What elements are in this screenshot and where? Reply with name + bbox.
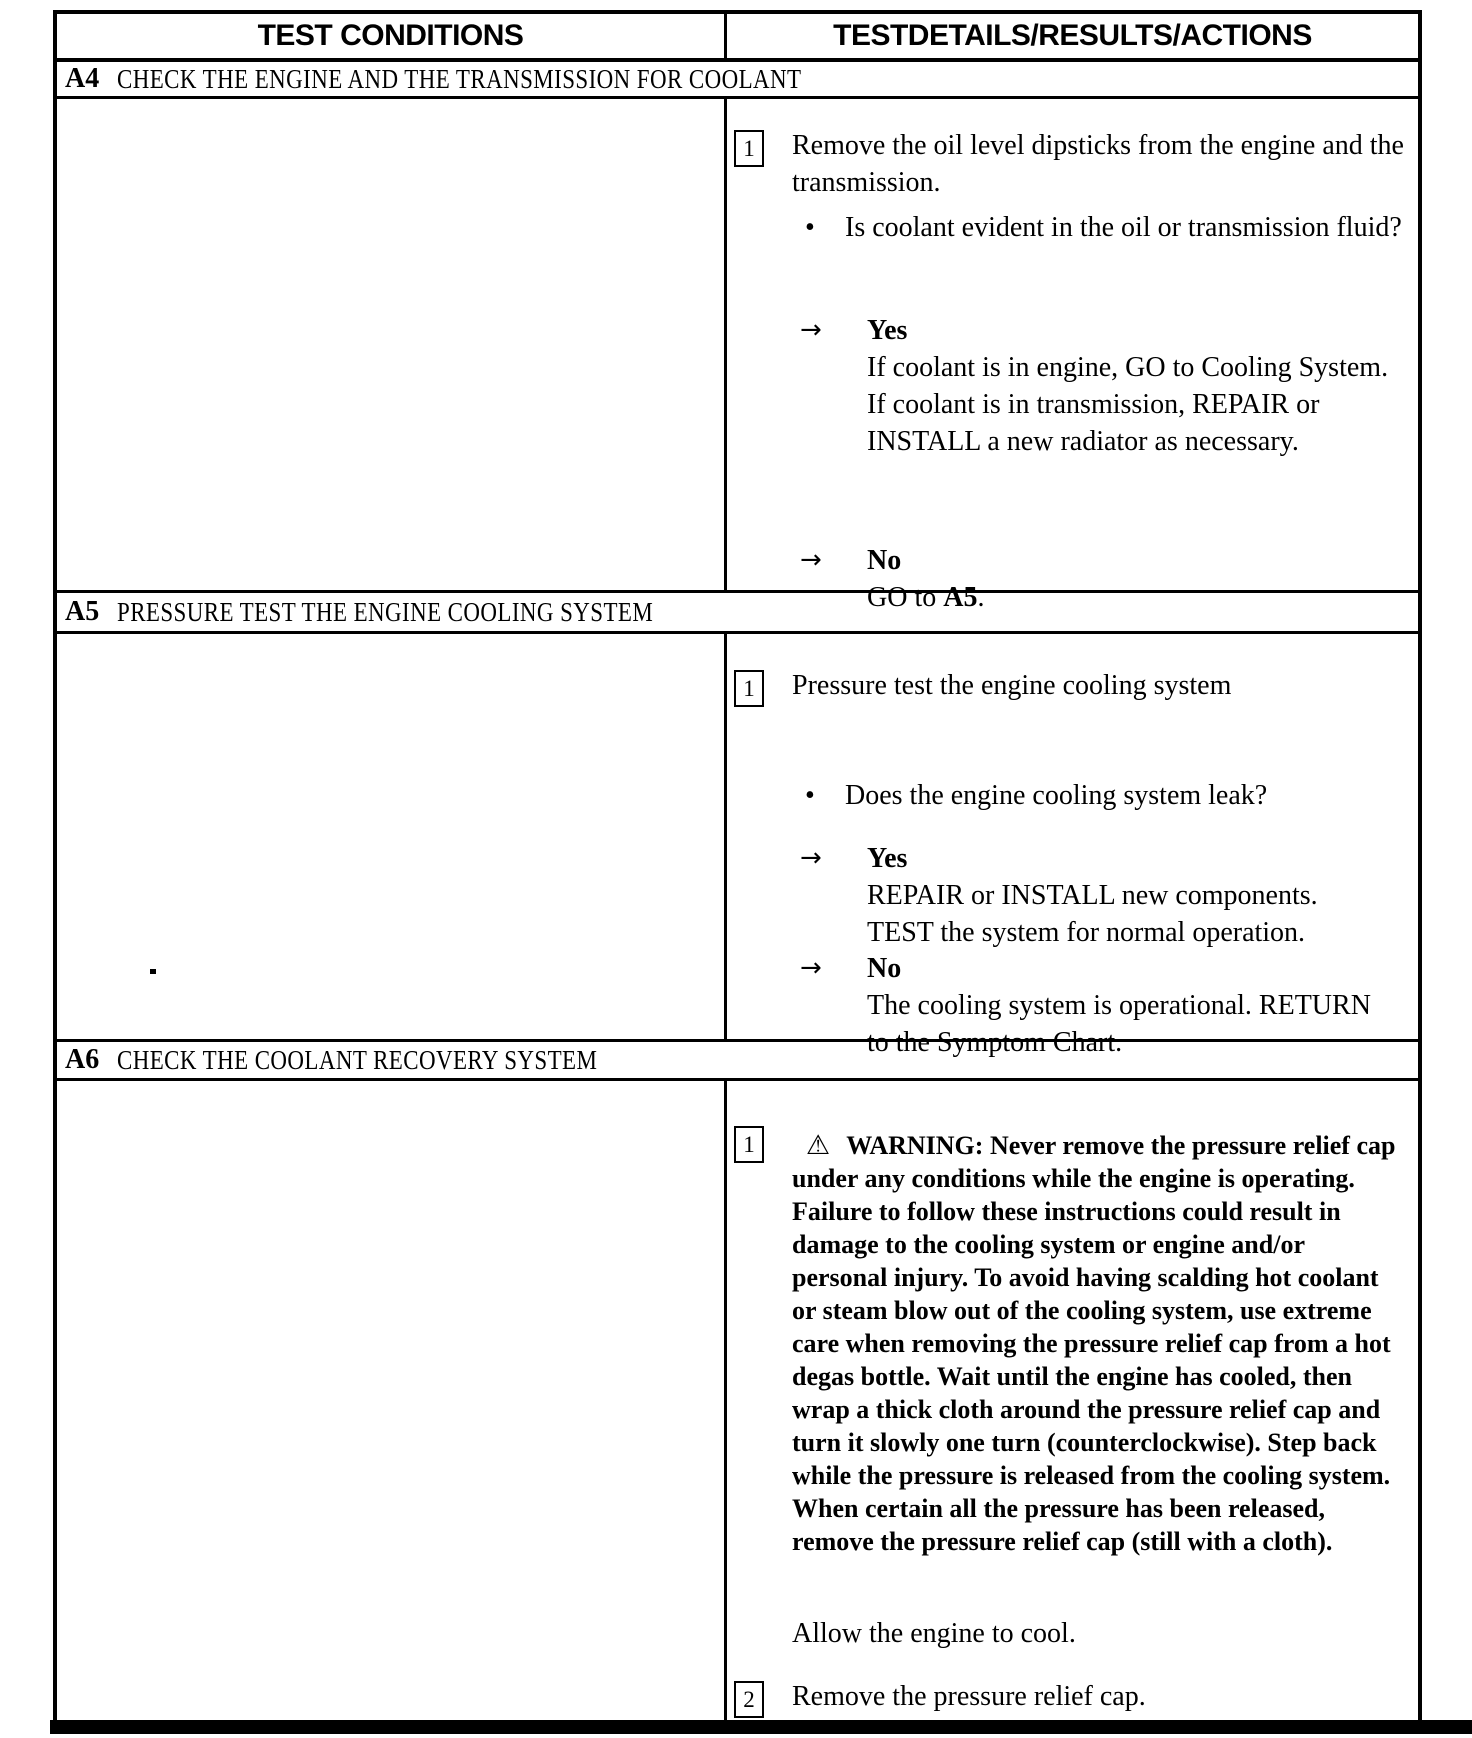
a6-warning-paragraph: ⚠WARNING: Never remove the pressure reli… bbox=[792, 1129, 1404, 1558]
a5-test-conditions-cell bbox=[57, 634, 727, 1039]
bullet-icon: • bbox=[805, 777, 845, 814]
section-a4-id: A4 bbox=[65, 63, 117, 95]
header-test-conditions: TEST CONDITIONS bbox=[57, 14, 727, 58]
a5-yes-result-2: TEST the system for normal operation. bbox=[867, 914, 1318, 951]
page-bottom-scan-bar bbox=[50, 1720, 1472, 1734]
a4-test-conditions-cell bbox=[57, 99, 727, 590]
section-a5-id: A5 bbox=[65, 596, 117, 628]
a5-yes-body: Yes REPAIR or INSTALL new components. TE… bbox=[867, 840, 1318, 951]
table-header-row: TEST CONDITIONS TESTDETAILS/RESULTS/ACTI… bbox=[57, 14, 1418, 62]
a5-question-text: Does the engine cooling system leak? bbox=[845, 777, 1267, 814]
a6-warning-text: WARNING: Never remove the pressure relie… bbox=[792, 1131, 1395, 1556]
a6-step-2-text: Remove the pressure relief cap. bbox=[792, 1678, 1146, 1715]
a6-details-cell: 1 ⚠WARNING: Never remove the pressure re… bbox=[727, 1081, 1418, 1720]
a5-step-1-number-box: 1 bbox=[734, 670, 764, 707]
a4-yes-result-1: If coolant is in engine, GO to Cooling S… bbox=[867, 349, 1388, 386]
section-a4-title: CHECK THE ENGINE AND THE TRANSMISSION FO… bbox=[117, 64, 802, 95]
a4-yes-label: Yes bbox=[867, 312, 1388, 349]
a4-step-1-text: Remove the oil level dipsticks from the … bbox=[792, 127, 1422, 201]
warning-triangle-icon: ⚠ bbox=[806, 1130, 846, 1161]
section-a6-title: CHECK THE COOLANT RECOVERY SYSTEM bbox=[117, 1045, 597, 1076]
section-a4-content-row: 1 Remove the oil level dipsticks from th… bbox=[57, 99, 1418, 593]
a5-details-cell: 1 Pressure test the engine cooling syste… bbox=[727, 634, 1418, 1039]
section-a5-content-row: 1 Pressure test the engine cooling syste… bbox=[57, 634, 1418, 1042]
section-a6-id: A6 bbox=[65, 1044, 117, 1076]
a4-no-goto-pre: GO to bbox=[867, 582, 943, 613]
a6-step-2-number-box: 2 bbox=[734, 1681, 764, 1718]
a5-step-1: 1 Pressure test the engine cooling syste… bbox=[734, 667, 1231, 707]
a5-step-1-text: Pressure test the engine cooling system bbox=[792, 667, 1231, 704]
a4-step-1-number-box: 1 bbox=[734, 130, 764, 167]
a5-yes-label: Yes bbox=[867, 840, 1318, 877]
header-testdetails-results-actions: TESTDETAILS/RESULTS/ACTIONS bbox=[727, 14, 1418, 58]
a6-test-conditions-cell bbox=[57, 1081, 727, 1720]
a4-no-goto-target: A5 bbox=[943, 582, 977, 613]
section-a4-title-row: A4 CHECK THE ENGINE AND THE TRANSMISSION… bbox=[57, 62, 1418, 99]
a4-no-branch: → No GO to A5. bbox=[800, 542, 984, 616]
a4-no-result: GO to A5. bbox=[867, 579, 984, 616]
a4-question-item: • Is coolant evident in the oil or trans… bbox=[805, 209, 1410, 246]
a4-yes-branch: → Yes If coolant is in engine, GO to Coo… bbox=[800, 312, 1388, 460]
arrow-right-icon: → bbox=[800, 542, 867, 616]
a6-step-2: 2 Remove the pressure relief cap. bbox=[734, 1678, 1146, 1718]
a4-step-1: 1 Remove the oil level dipsticks from th… bbox=[734, 127, 1422, 201]
section-a5-title: PRESSURE TEST THE ENGINE COOLING SYSTEM bbox=[117, 597, 653, 628]
a5-no-result: The cooling system is operational. RETUR… bbox=[867, 987, 1397, 1061]
a5-no-label: No bbox=[867, 950, 1397, 987]
a5-no-branch: → No The cooling system is operational. … bbox=[800, 950, 1397, 1061]
bullet-icon: • bbox=[805, 209, 845, 246]
a4-yes-body: Yes If coolant is in engine, GO to Cooli… bbox=[867, 312, 1388, 460]
section-a6-content-row: 1 ⚠WARNING: Never remove the pressure re… bbox=[57, 1081, 1418, 1720]
a4-question-text: Is coolant evident in the oil or transmi… bbox=[845, 209, 1410, 246]
arrow-right-icon: → bbox=[800, 950, 867, 1061]
pinpoint-test-table: TEST CONDITIONS TESTDETAILS/RESULTS/ACTI… bbox=[53, 10, 1422, 1720]
arrow-right-icon: → bbox=[800, 312, 867, 460]
a6-note-text: Allow the engine to cool. bbox=[792, 1615, 1076, 1652]
a5-no-body: No The cooling system is operational. RE… bbox=[867, 950, 1397, 1061]
section-a5-title-row: A5 PRESSURE TEST THE ENGINE COOLING SYST… bbox=[57, 593, 1418, 634]
a5-yes-branch: → Yes REPAIR or INSTALL new components. … bbox=[800, 840, 1318, 951]
a6-step-1: 1 bbox=[734, 1123, 764, 1163]
a4-details-cell: 1 Remove the oil level dipsticks from th… bbox=[727, 99, 1418, 590]
a6-step-1-number-box: 1 bbox=[734, 1126, 764, 1163]
a5-question-item: • Does the engine cooling system leak? bbox=[805, 777, 1267, 814]
a4-yes-result-2: If coolant is in transmission, REPAIR or… bbox=[867, 386, 1382, 460]
a4-no-label: No bbox=[867, 542, 984, 579]
scan-speck bbox=[150, 969, 156, 974]
a5-yes-result-1: REPAIR or INSTALL new components. bbox=[867, 877, 1318, 914]
a4-no-goto-suffix: . bbox=[977, 582, 984, 613]
a4-no-body: No GO to A5. bbox=[867, 542, 984, 616]
arrow-right-icon: → bbox=[800, 840, 867, 951]
